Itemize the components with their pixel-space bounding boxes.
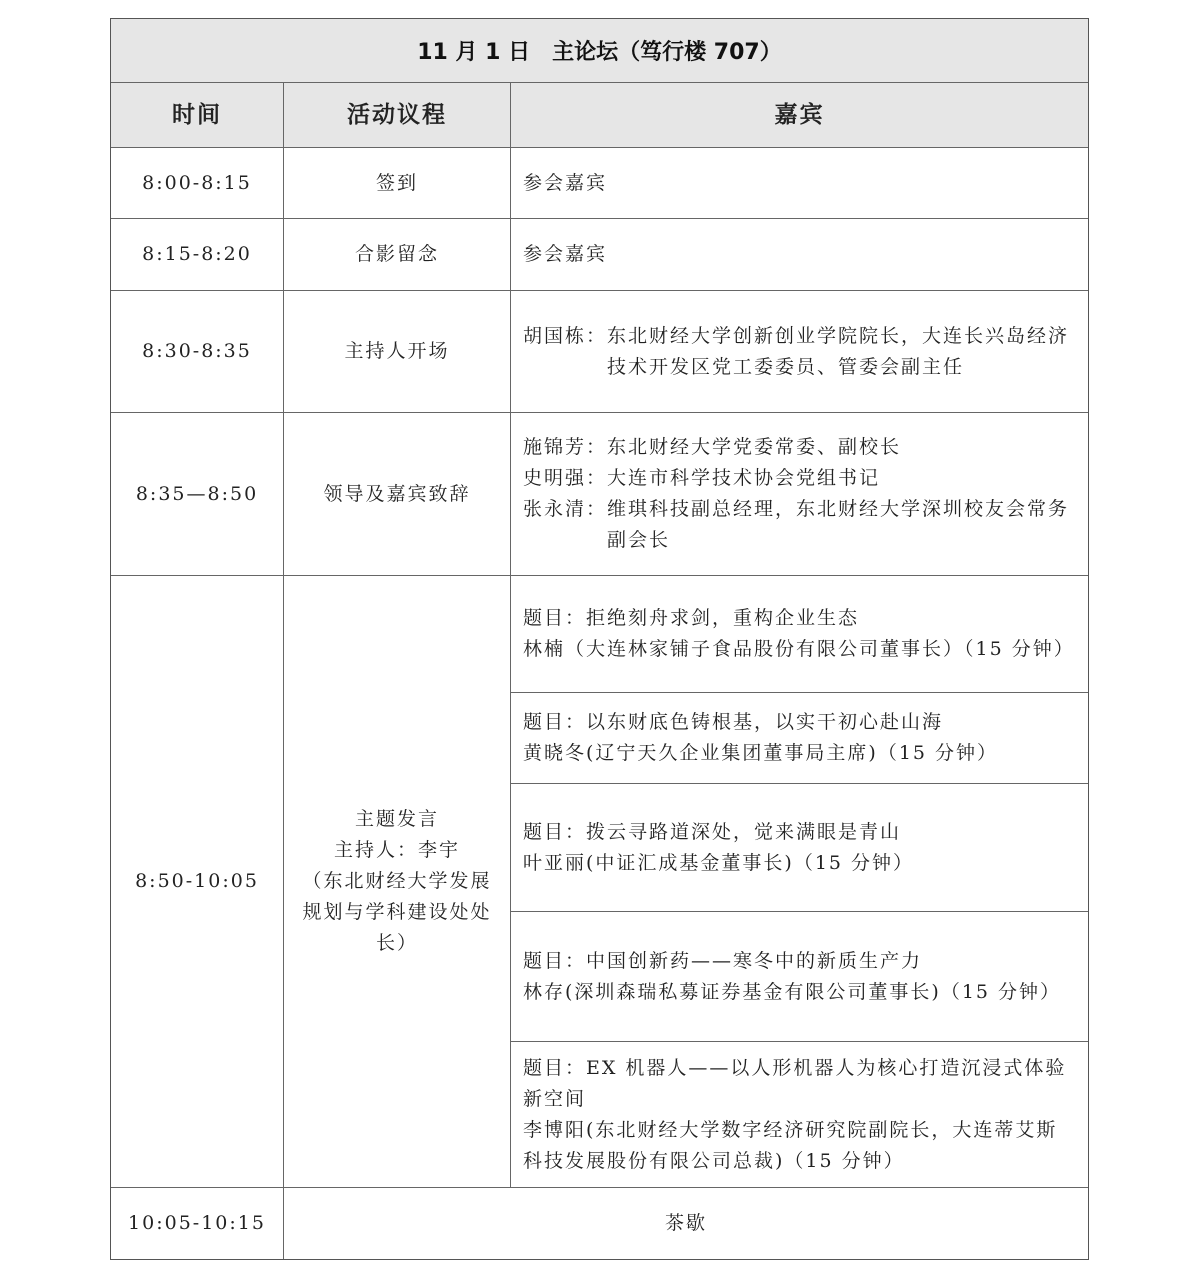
- talk-topic: 题目：以东财底色铸根基，以实干初心赴山海: [523, 707, 1076, 738]
- talk-topic: 题目：中国创新药——寒冬中的新质生产力: [523, 946, 1076, 977]
- agenda-cell: 主持人开场: [284, 291, 511, 412]
- guests-cell: 参会嘉宾: [511, 148, 1088, 218]
- agenda-cell: 主题发言 主持人：李宇 （东北财经大学发展规划与学科建设处处长）: [284, 576, 511, 1187]
- guest-name: 史明强：: [523, 463, 607, 494]
- host-line: 主持人：李宇: [334, 835, 460, 866]
- guest-entry: 张永清： 维琪科技副总经理，东北财经大学深圳校友会常务副会长: [523, 494, 1076, 556]
- guest-name: 施锦芳：: [523, 432, 607, 463]
- guest-title: 大连市科学技术协会党组书记: [607, 463, 1076, 494]
- table-row: 8:50-10:05 主题发言 主持人：李宇 （东北财经大学发展规划与学科建设处…: [111, 575, 1088, 1187]
- talk-entry: 题目：以东财底色铸根基，以实干初心赴山海 黄晓冬(辽宁天久企业集团董事局主席)（…: [511, 692, 1088, 783]
- table-row: 8:30-8:35 主持人开场 胡国栋： 东北财经大学创新创业学院院长，大连长兴…: [111, 290, 1088, 412]
- guests-cell: 施锦芳： 东北财经大学党委常委、副校长 史明强： 大连市科学技术协会党组书记 张…: [511, 413, 1088, 575]
- talk-topic: 题目：拒绝刻舟求剑，重构企业生态: [523, 603, 1076, 634]
- break-cell: 茶歇: [284, 1188, 1088, 1259]
- guest-title: 东北财经大学创新创业学院院长，大连长兴岛经济技术开发区党工委委员、管委会副主任: [607, 321, 1076, 383]
- guest-entry: 施锦芳： 东北财经大学党委常委、副校长: [523, 432, 1076, 463]
- table-row: 8:35—8:50 领导及嘉宾致辞 施锦芳： 东北财经大学党委常委、副校长 史明…: [111, 412, 1088, 575]
- time-cell: 10:05-10:15: [111, 1188, 284, 1259]
- agenda-cell: 领导及嘉宾致辞: [284, 413, 511, 575]
- header-row: 时间 活动议程 嘉宾: [111, 82, 1088, 147]
- table-row: 10:05-10:15 茶歇: [111, 1187, 1088, 1259]
- talk-topic: 题目：EX 机器人——以人形机器人为核心打造沉浸式体验新空间: [523, 1053, 1076, 1115]
- talk-entry: 题目：拒绝刻舟求剑，重构企业生态 林楠（大连林家铺子食品股份有限公司董事长）（1…: [511, 576, 1088, 692]
- talk-speaker: 林楠（大连林家铺子食品股份有限公司董事长）（15 分钟）: [523, 634, 1076, 665]
- time-cell: 8:15-8:20: [111, 219, 284, 290]
- agenda-table: 11 月 1 日 主论坛（笃行楼 707） 时间 活动议程 嘉宾 8:00-8:…: [110, 18, 1089, 1260]
- guest-entry: 史明强： 大连市科学技术协会党组书记: [523, 463, 1076, 494]
- talk-speaker: 林存(深圳森瑞私募证券基金有限公司董事长)（15 分钟）: [523, 977, 1076, 1008]
- time-cell: 8:35—8:50: [111, 413, 284, 575]
- guest-name: 胡国栋：: [523, 321, 607, 383]
- guest-title: 维琪科技副总经理，东北财经大学深圳校友会常务副会长: [607, 494, 1076, 556]
- guest-title: 东北财经大学党委常委、副校长: [607, 432, 1076, 463]
- agenda-cell: 签到: [284, 148, 511, 218]
- time-cell: 8:50-10:05: [111, 576, 284, 1187]
- talk-speaker: 黄晓冬(辽宁天久企业集团董事局主席)（15 分钟）: [523, 738, 1076, 769]
- talk-entry: 题目：中国创新药——寒冬中的新质生产力 林存(深圳森瑞私募证券基金有限公司董事长…: [511, 911, 1088, 1041]
- talk-topic: 题目：拨云寻路道深处，觉来满眼是青山: [523, 817, 1076, 848]
- host-title: （东北财经大学发展规划与学科建设处处长）: [294, 866, 500, 959]
- guest-name: 张永清：: [523, 494, 607, 556]
- talk-speaker: 李博阳(东北财经大学数字经济研究院副院长，大连蒂艾斯科技发展股份有限公司总裁)（…: [523, 1115, 1076, 1177]
- guests-cell: 参会嘉宾: [511, 219, 1088, 290]
- header-time: 时间: [111, 83, 284, 147]
- agenda-cell: 合影留念: [284, 219, 511, 290]
- guest-entry: 胡国栋： 东北财经大学创新创业学院院长，大连长兴岛经济技术开发区党工委委员、管委…: [523, 321, 1076, 383]
- table-row: 8:15-8:20 合影留念 参会嘉宾: [111, 218, 1088, 290]
- table-row: 8:00-8:15 签到 参会嘉宾: [111, 147, 1088, 218]
- talk-speaker: 叶亚丽(中证汇成基金董事长)（15 分钟）: [523, 848, 1076, 879]
- talk-entry: 题目：EX 机器人——以人形机器人为核心打造沉浸式体验新空间 李博阳(东北财经大…: [511, 1041, 1088, 1187]
- time-cell: 8:30-8:35: [111, 291, 284, 412]
- talk-entry: 题目：拨云寻路道深处，觉来满眼是青山 叶亚丽(中证汇成基金董事长)（15 分钟）: [511, 783, 1088, 911]
- header-agenda: 活动议程: [284, 83, 511, 147]
- header-guests: 嘉宾: [511, 83, 1088, 147]
- time-cell: 8:00-8:15: [111, 148, 284, 218]
- table-title: 11 月 1 日 主论坛（笃行楼 707）: [111, 19, 1088, 82]
- talks-cell: 题目：拒绝刻舟求剑，重构企业生态 林楠（大连林家铺子食品股份有限公司董事长）（1…: [511, 576, 1088, 1187]
- agenda-line: 主题发言: [355, 804, 439, 835]
- guests-cell: 胡国栋： 东北财经大学创新创业学院院长，大连长兴岛经济技术开发区党工委委员、管委…: [511, 291, 1088, 412]
